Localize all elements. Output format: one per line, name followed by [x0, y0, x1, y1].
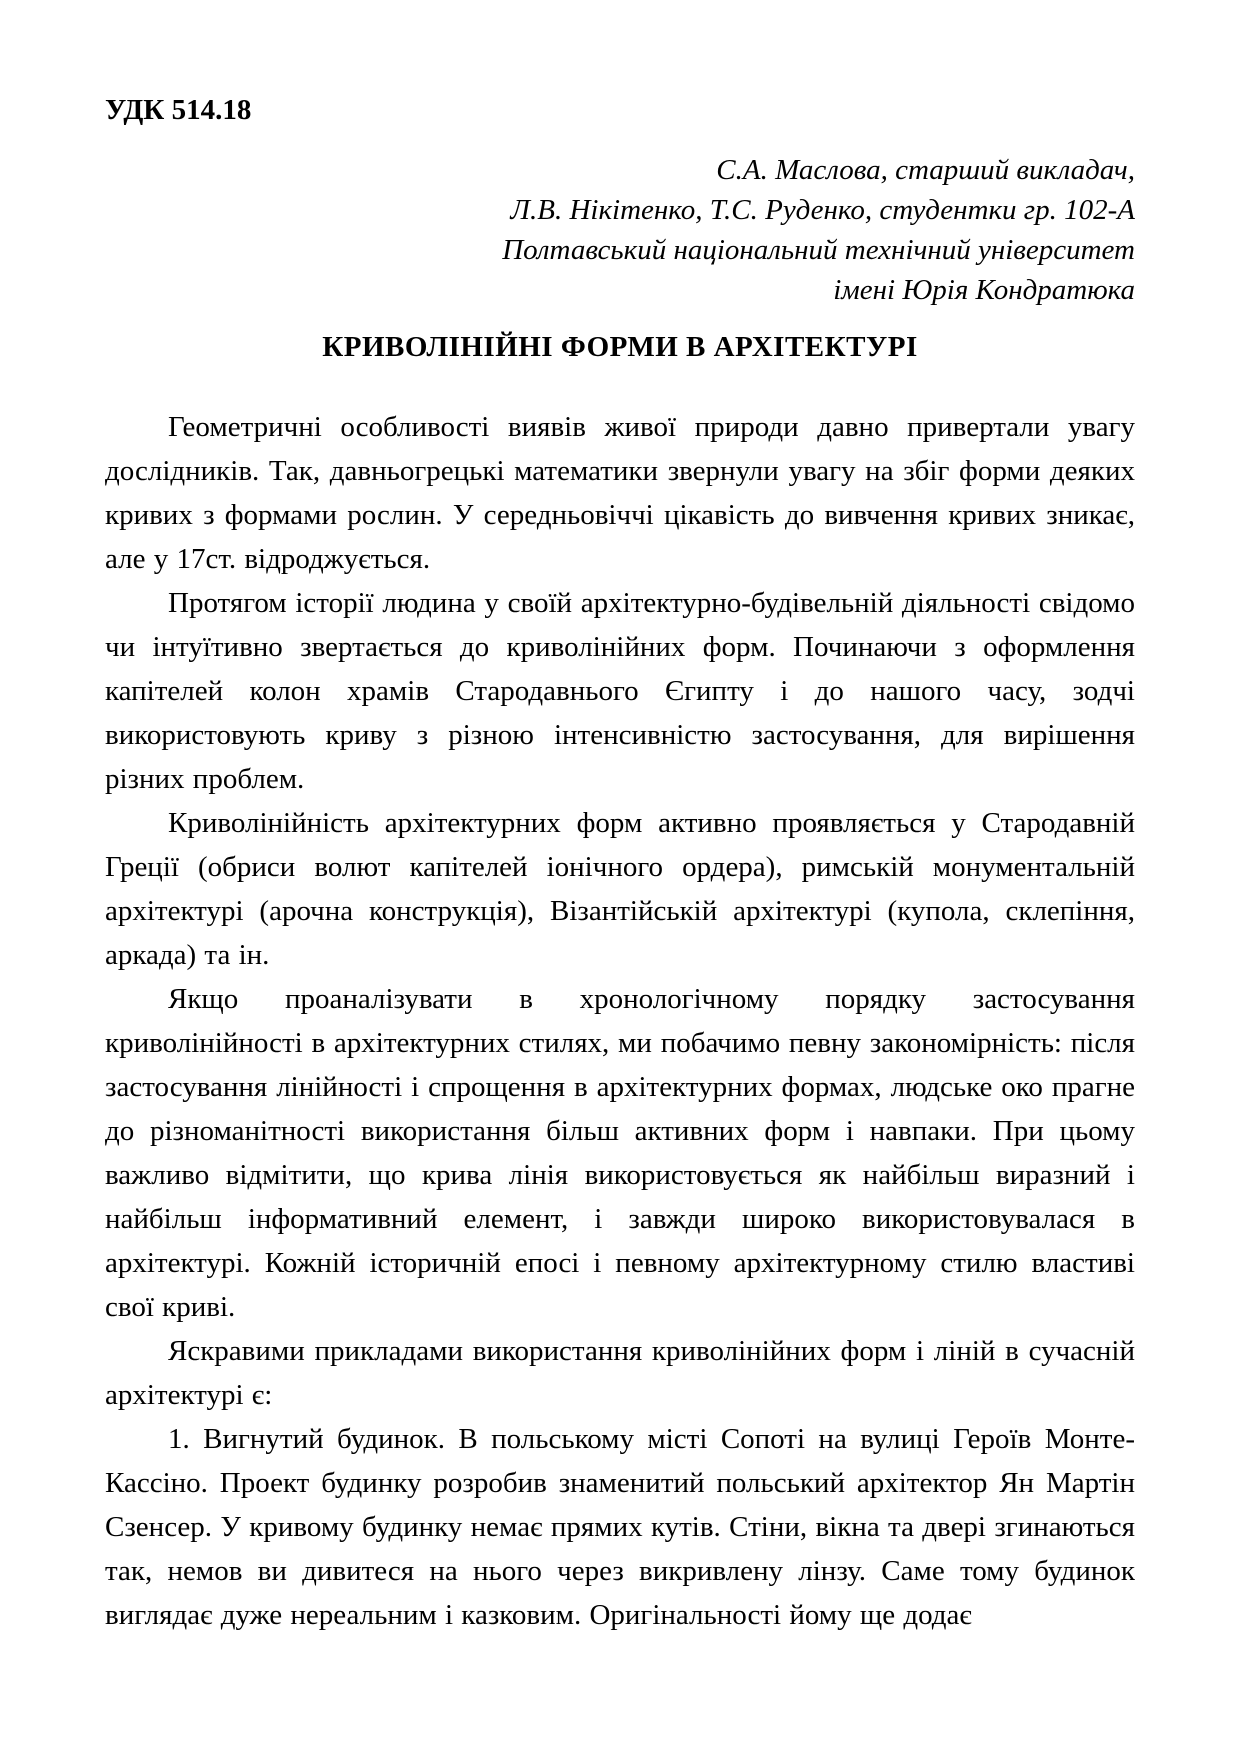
paragraph: Якщо проаналізувати в хронологічному пор…: [105, 977, 1135, 1329]
paragraph: Протягом історії людина у своїй архітект…: [105, 581, 1135, 801]
document-page: УДК 514.18 С.А. Маслова, старший виклада…: [0, 0, 1240, 1754]
affiliation-line: імені Юрія Кондратюка: [105, 270, 1135, 310]
authors-block: С.А. Маслова, старший викладач, Л.В. Нік…: [105, 150, 1135, 310]
article-body: Геометричні особливості виявів живої при…: [105, 405, 1135, 1637]
affiliation-line: Полтавський національний технічний уніве…: [105, 230, 1135, 270]
paragraph: 1. Вигнутий будинок. В польському місті …: [105, 1417, 1135, 1637]
udk-code: УДК 514.18: [105, 88, 1135, 132]
paragraph: Криволінійність архітектурних форм актив…: [105, 801, 1135, 977]
paragraph: Яскравими прикладами використання кривол…: [105, 1329, 1135, 1417]
author-line: Л.В. Нікітенко, Т.С. Руденко, студентки …: [105, 190, 1135, 230]
paragraph: Геометричні особливості виявів живої при…: [105, 405, 1135, 581]
article-title: КРИВОЛІНІЙНІ ФОРМИ В АРХІТЕКТУРІ: [105, 325, 1135, 369]
author-line: С.А. Маслова, старший викладач,: [105, 150, 1135, 190]
